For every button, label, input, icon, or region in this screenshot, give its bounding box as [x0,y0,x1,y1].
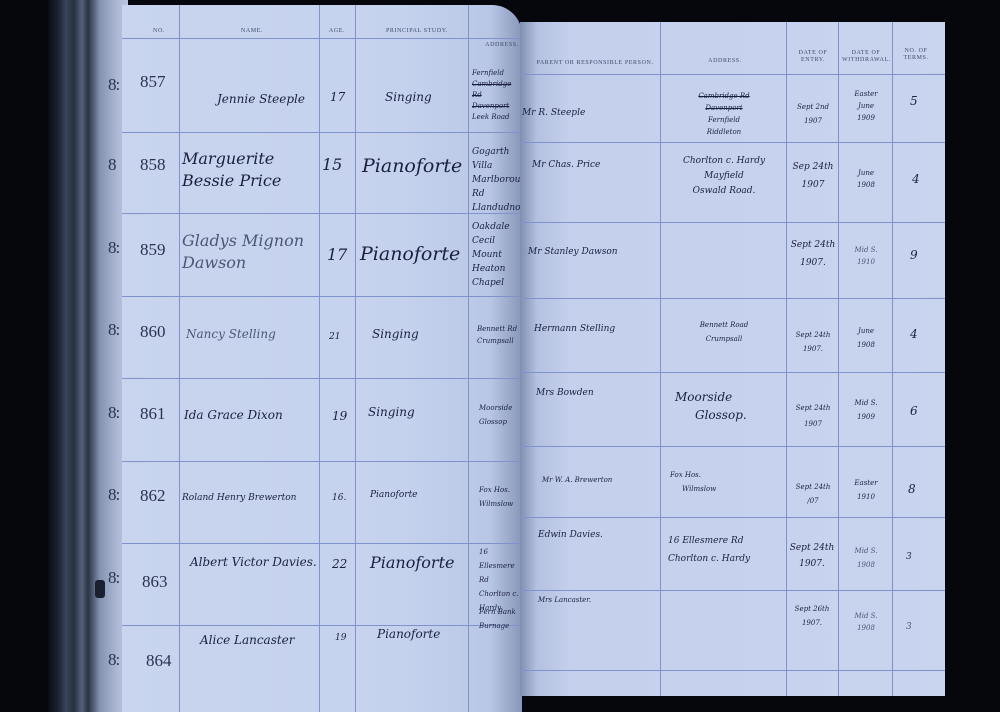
parent-address: 16 Ellesmere Rd Chorlton c. Hardy [668,532,786,568]
header-no: No. [144,28,174,35]
student-address: Bennett Rd Crumpsall [477,323,517,347]
parent-address: Chorlton c. Hardy Mayfield Oswald Road. [665,154,783,199]
date-of-withdrawal: Mid S. 1908 [842,544,890,572]
edge-number: 8 [108,155,116,175]
date-of-entry: Sept 24th 1907. [790,236,836,272]
principal-study: Singing [372,327,419,341]
header-principal-study: Principal Study. [367,28,467,35]
date-of-withdrawal: Mid S. 1909 [842,396,890,424]
date-of-withdrawal: Mid S. 1910 [842,244,890,268]
student-age: 22 [332,557,347,571]
number-of-terms: 5 [910,94,918,108]
entry-number: 861 [140,404,166,424]
edge-number: 8: [108,485,119,505]
entry-number: 857 [140,72,166,92]
header-parent: Parent or Responsible Person. [530,60,660,67]
student-age: 15 [322,155,342,174]
parent-name: Hermann Stelling [534,324,615,334]
principal-study: Singing [385,90,432,104]
entry-number: 860 [140,322,166,342]
entry-number: 863 [142,572,168,592]
parent-address: Fox Hos. Wilmslow [670,468,780,496]
date-of-withdrawal: Mid S. 1908 [842,610,890,634]
principal-study: Pianoforte [362,155,462,177]
principal-study: Singing [368,405,415,419]
right-page: Parent or Responsible Person. Address. D… [520,22,945,696]
student-name: Ida Grace Dixon [184,408,283,422]
parent-name: Mr R. Steeple [522,108,585,118]
number-of-terms: 8 [908,482,916,496]
student-name: Roland Henry Brewerton [182,493,296,503]
student-name: Alice Lancaster [200,633,295,647]
student-address: Oakdale Cecil Mount Heaton Chapel [472,220,522,290]
student-name: Albert Victor Davies. [190,555,317,569]
number-of-terms: 9 [910,248,918,262]
student-name: Gladys Mignon Dawson [182,230,317,274]
number-of-terms: 4 [910,327,918,341]
student-address: Fox Hos. Wilmslow [479,483,513,511]
header-parent-address: Address. [670,58,780,65]
parent-name: Mrs Bowden [536,388,594,398]
left-page: No. Name. Age. Principal Study. Address.… [122,5,522,712]
number-of-terms: 3 [906,622,912,632]
parent-name: Mrs Lancaster. [538,596,591,604]
header-date-of-withdrawal: Date of Withdrawal. [842,50,890,64]
date-of-entry: Sept 24th 1907. [790,328,836,356]
header-address: Address. [482,42,522,49]
entry-number: 864 [146,651,172,671]
parent-name: Mr Chas. Price [532,160,600,170]
student-address: Fern Bank Burnage [479,605,516,633]
parent-name: Mr Stanley Dawson [528,247,618,257]
student-address: Fernfield Cambridge Rd Davenport Leek Ro… [472,68,522,123]
date-of-withdrawal: Easter June 1909 [842,88,890,124]
header-date-of-entry: Date of Entry. [790,50,836,64]
student-age: 17 [327,245,347,264]
parent-address: Moorside Glossop. [675,388,785,424]
edge-number: 8: [108,568,119,588]
date-of-withdrawal: Easter 1910 [842,476,890,504]
page-stack-edge: 8: 8 8: 8: 8: 8: 8: 8: [48,0,128,712]
principal-study: Pianoforte [370,553,454,572]
parent-address: Bennett Road Crumpsall [665,318,783,346]
student-age: 16. [332,493,346,503]
student-age: 21 [329,332,340,342]
date-of-entry: Sept 24th /07 [790,480,836,508]
principal-study: Pianoforte [377,627,440,641]
edge-number: 8: [108,320,119,340]
parent-address: Cambridge Rd Davenport Fernfield Riddlet… [665,90,783,138]
student-name: Jennie Steeple [217,92,305,106]
entry-number: 859 [140,240,166,260]
date-of-entry: Sep 24th 1907 [790,158,836,194]
number-of-terms: 6 [910,404,918,418]
student-name: Nancy Stelling [186,327,276,341]
student-address: Gogarth Villa Marlborough Rd Llandudno [472,145,522,215]
entry-number: 858 [140,155,166,175]
entry-number: 862 [140,486,166,506]
date-of-entry: Sept 24th 1907. [788,540,836,572]
student-address: Moorside Glossop [479,401,512,429]
number-of-terms: 4 [912,172,920,186]
student-name: Marguerite Bessie Price [182,148,317,192]
edge-number: 8: [108,650,119,670]
header-name: Name. [212,28,292,35]
header-no-of-terms: No. of Terms. [896,48,936,62]
principal-study: Pianoforte [360,243,460,265]
date-of-entry: Sept 24th 1907 [790,400,836,432]
date-of-withdrawal: June 1908 [842,167,890,191]
number-of-terms: 3 [906,552,912,562]
date-of-entry: Sept 2nd 1907 [790,100,836,128]
student-age: 17 [330,90,345,104]
student-age: 19 [332,409,347,423]
principal-study: Pianoforte [370,490,418,500]
ink-mark [95,580,105,598]
edge-number: 8: [108,75,119,95]
header-age: Age. [322,28,352,35]
parent-name: Mr W. A. Brewerton [542,476,612,484]
parent-name: Edwin Davies. [538,530,603,540]
student-age: 19 [335,633,346,643]
edge-number: 8: [108,238,119,258]
date-of-withdrawal: June 1908 [842,324,890,352]
date-of-entry: Sept 26th 1907. [788,602,836,630]
edge-number: 8: [108,403,119,423]
